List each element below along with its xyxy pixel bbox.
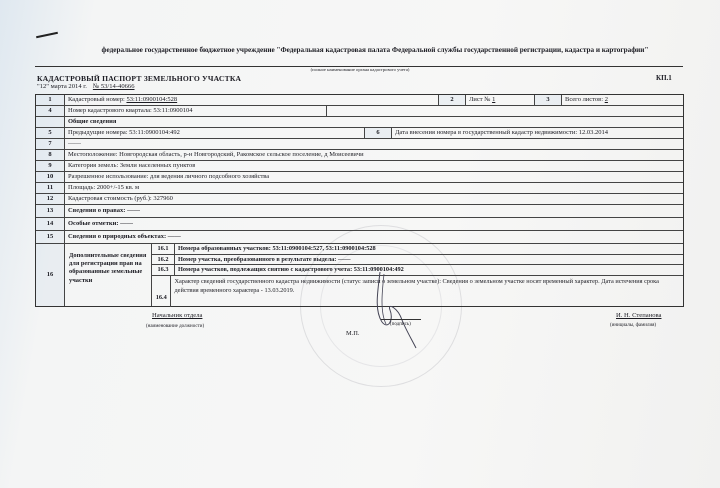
table-row: 14 Особые отметки: —— [36,218,683,231]
position-title: Начальник отдела [152,312,202,319]
sheet-number: 1 [492,96,495,103]
document-number: № 53/14-40666 [93,83,135,90]
form-code: КП.1 [656,74,672,82]
date-value: "12" марта 2014 г. [37,83,87,90]
row-number: 6 [365,128,392,138]
row-number: 3 [535,95,562,105]
table-row: 9 Категория земель: Земли населенных пун… [36,161,683,172]
table-row: 10 Разрешенное использование: для ведени… [36,172,683,183]
row-number: 16 [36,244,65,306]
sub-row-number: 16.4 [152,276,171,307]
table-row: 12 Кадастровая стоимость (руб.): 327960 [36,194,683,205]
row-number: 8 [36,150,65,160]
table-row: 15 Сведения о природных объектах: —— [36,231,683,244]
sub-row: 16.1Номера образованных участков: 53:11:… [152,244,683,255]
signer-name: И. Н. Степанова [616,312,661,319]
document-page: федеральное государственное бюджетное уч… [0,0,720,488]
table-row: 5 Предыдущие номера: 53:11:0900104:492 6… [36,128,683,139]
row-number: 11 [36,183,65,193]
signer-caption: (инициалы, фамилия) [610,323,656,328]
row-number: 4 [36,106,65,116]
formed-plots: Номера образованных участков: 53:11:0900… [175,244,376,254]
cadastral-number-cell: Кадастровый номер: 53:11:0900104:528 [65,95,439,105]
permitted-use: Разрешенное использование: для ведения л… [65,172,269,182]
special-notes: Особые отметки: —— [65,218,133,230]
sub-row: 16.2Номер участка, преобразованного в ре… [152,255,683,266]
row-number: 1 [36,95,65,105]
additional-info-label: Дополнительные сведения для регистрации … [65,244,152,306]
sub-row-number: 16.1 [152,244,175,254]
rights-info: Сведения о правах: —— [65,205,140,217]
row-number: 2 [439,95,466,105]
row-number: 15 [36,231,65,243]
record-status: Характер сведений государственного кадас… [171,276,683,307]
sheet-number-cell: Лист № 1 [466,95,535,105]
table-row: 8 Местоположение: Новгородская область, … [36,150,683,161]
empty-cell [327,106,330,116]
position-caption: (наименование должности) [146,324,204,329]
organization-caption: (полное наименование органа кадастрового… [0,67,720,72]
quarter-number: Номер кадастрового квартала: 53:11:09001… [65,106,327,116]
label: Всего листов: [565,96,603,103]
sub-row-number: 16.2 [152,255,175,265]
organization-name: федеральное государственное бюджетное уч… [60,45,690,55]
row-number: 7 [36,139,65,149]
row-number: 12 [36,194,65,204]
table-row: 13 Сведения о правах: —— [36,205,683,218]
signature-line [381,319,421,320]
total-sheets: 2 [605,96,608,103]
table-row: 1 Кадастровый номер: 53:11:0900104:528 2… [36,95,683,106]
row-number: 14 [36,218,65,230]
row-number [36,117,65,127]
natural-objects: Сведения о природных объектах: —— [65,231,181,243]
registration-date: Дата внесения номера в государственный к… [392,128,608,138]
sub-row-number: 16.3 [152,265,175,275]
section-row: Общие сведения [36,117,683,128]
area: Площадь: 2000+/-15 кв. м [65,183,139,193]
location: Местоположение: Новгородская область, р-… [65,150,364,160]
handwritten-signature-icon [360,270,420,350]
row-value: —— [65,139,81,149]
total-sheets-cell: Всего листов: 2 [562,95,608,105]
document-date: "12" марта 2014 г.№ 53/14-40666 [37,83,135,90]
row-number: 9 [36,161,65,171]
row-number: 10 [36,172,65,182]
row-number: 13 [36,205,65,217]
stamp-place: М.П. [346,330,360,337]
signature-caption: (подпись) [390,322,411,327]
pen-mark [36,32,58,39]
table-row: 4 Номер кадастрового квартала: 53:11:090… [36,106,683,117]
land-category: Категория земель: Земли населенных пункт… [65,161,195,171]
table-row: 11 Площадь: 2000+/-15 кв. м [36,183,683,194]
table-row: 7 —— [36,139,683,150]
row-number: 5 [36,128,65,138]
label: Лист № [469,96,490,103]
label: Кадастровый номер: [68,96,125,103]
cadastral-number: 53:11:0900104:528 [126,96,177,103]
transformed-plot: Номер участка, преобразованного в резуль… [175,255,351,265]
document-title: КАДАСТРОВЫЙ ПАСПОРТ ЗЕМЕЛЬНОГО УЧАСТКА [37,74,241,83]
previous-numbers: Предыдущие номера: 53:11:0900104:492 [65,128,365,138]
cadastral-value: Кадастровая стоимость (руб.): 327960 [65,194,173,204]
section-title: Общие сведения [65,117,116,127]
